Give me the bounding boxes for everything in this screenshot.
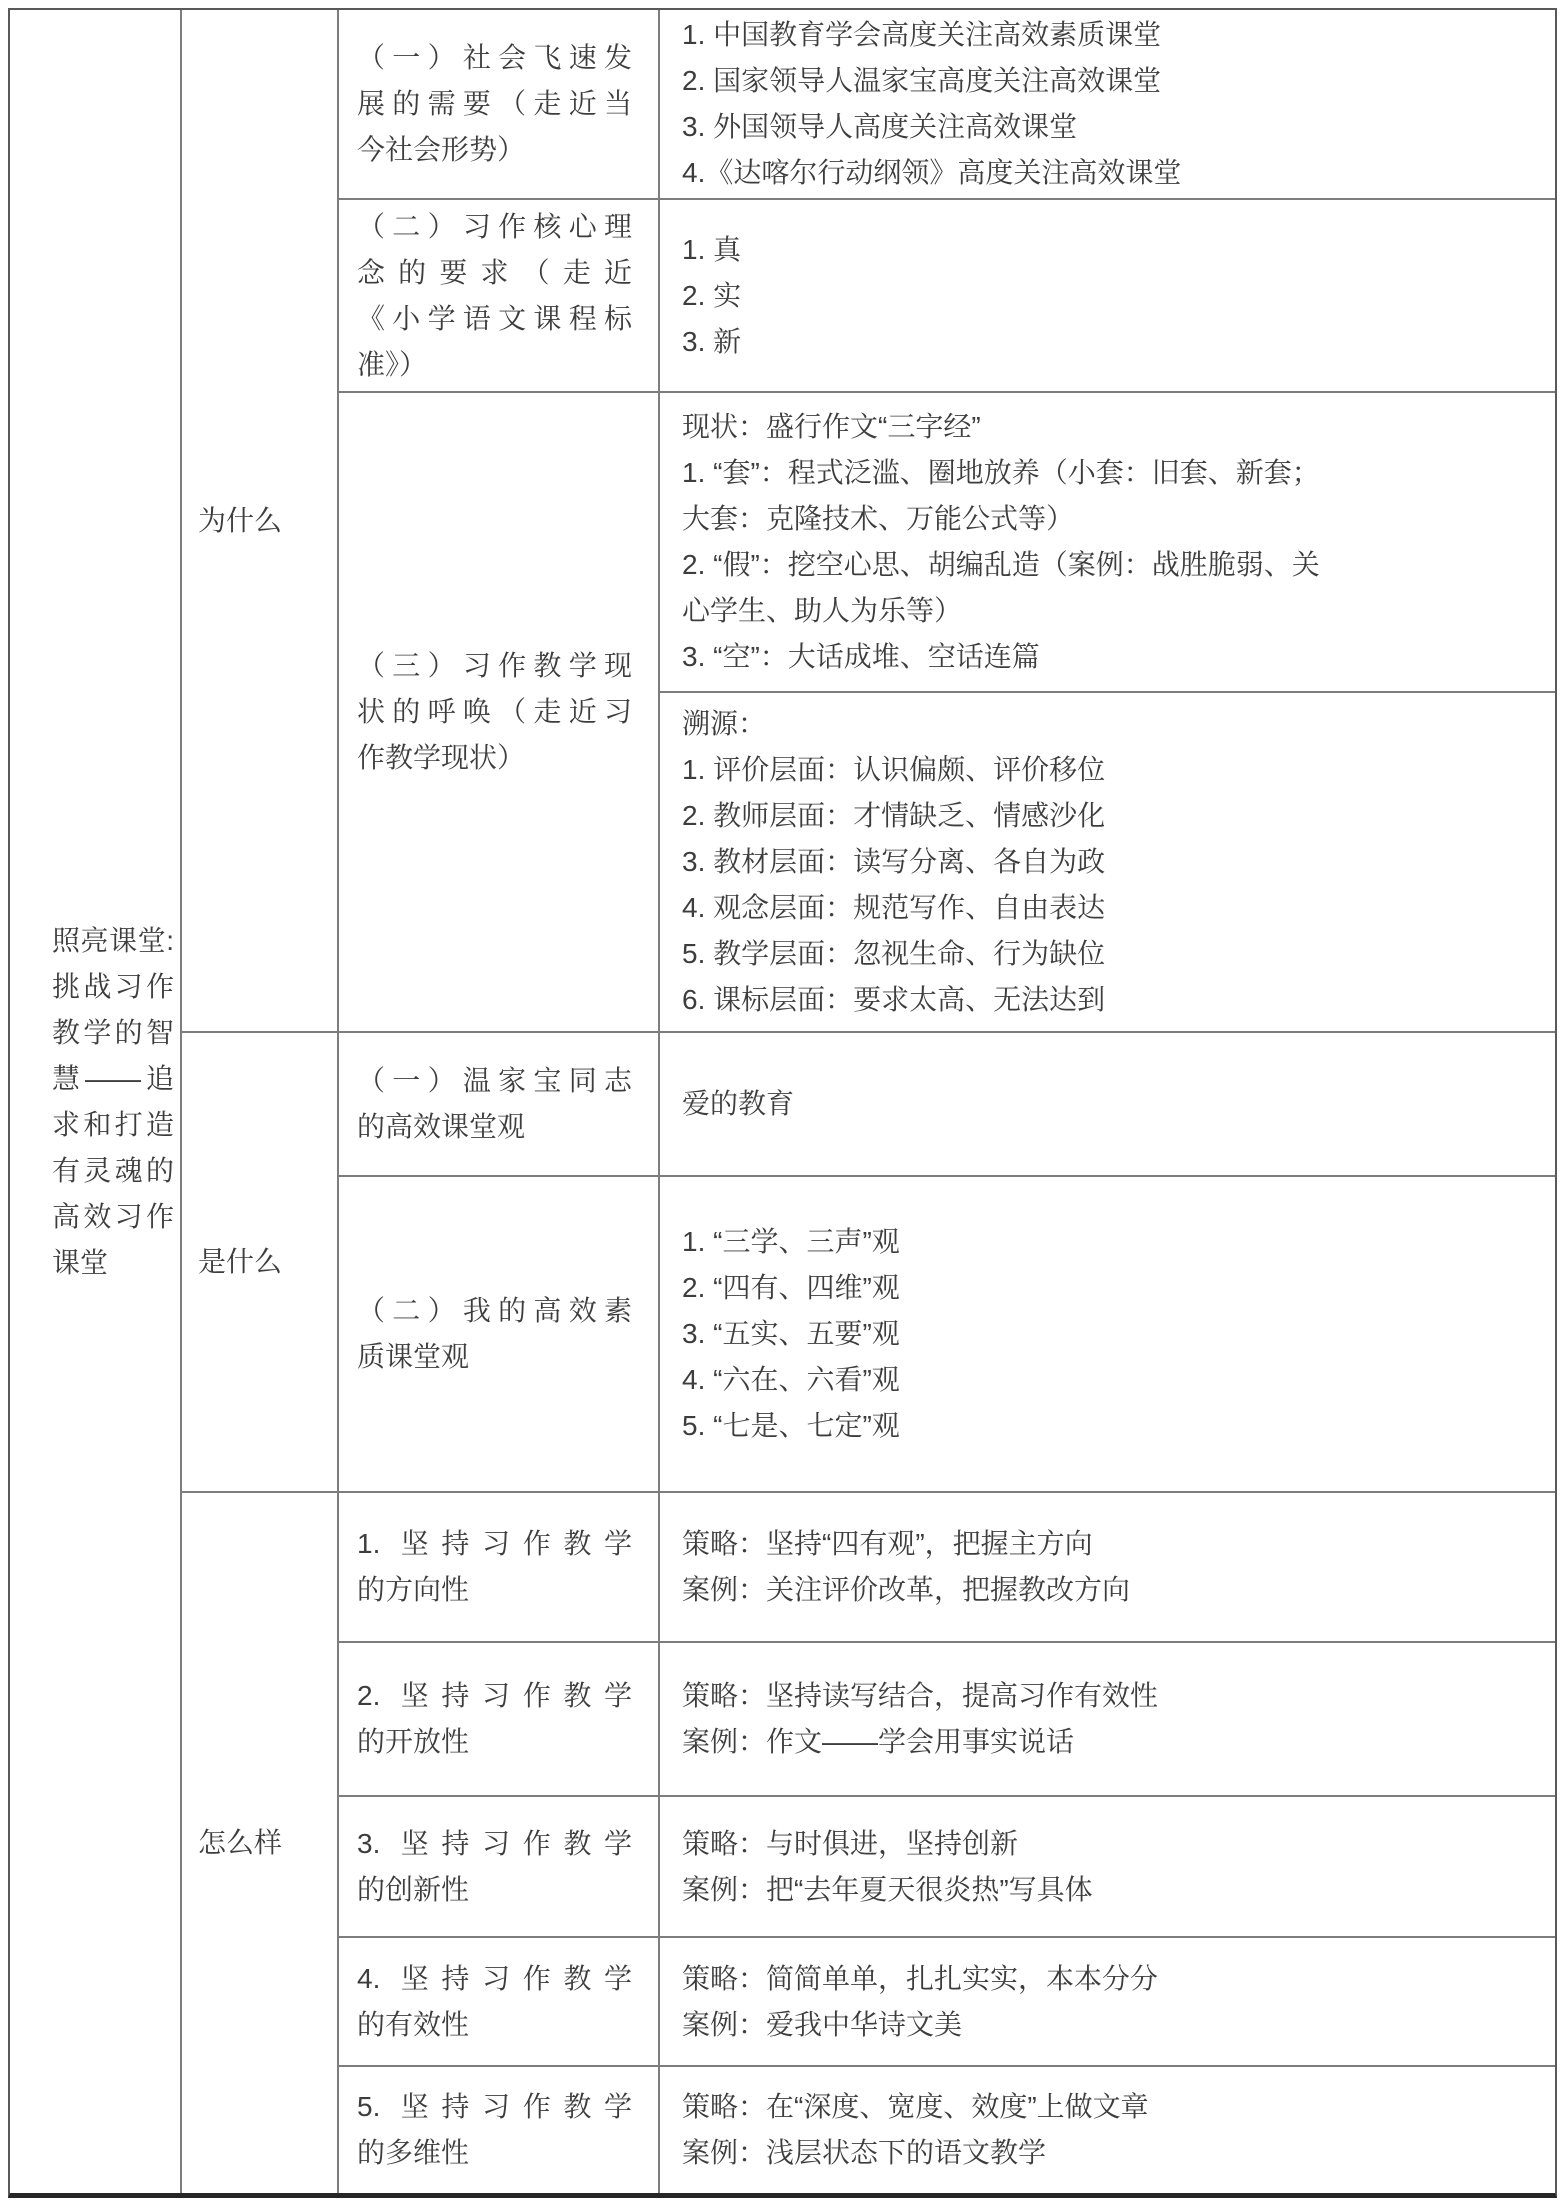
content-cell-status-phenomena: 现状：盛行作文“三字经”1. “套”：程式泛滥、圈地放养（小套：旧套、新套；大套… [660,393,1555,693]
question-cell-how: 怎么样 [182,1493,339,2193]
content-line: 1. 真 [682,227,1529,273]
topic-line: 的高效课堂观 [357,1104,632,1150]
topic-line: （三）习作教学现 [357,643,632,689]
content-cell-society-need: 1. 中国教育学会高度关注高效素质课堂2. 国家领导人温家宝高度关注高效课堂3.… [660,10,1555,200]
topic-line: 作教学现状） [357,735,632,781]
content-cell-status-sources: 溯源：1. 评价层面：认识偏颇、评价移位2. 教师层面：才情缺乏、情感沙化3. … [660,693,1555,1033]
title-line: 挑战习作 [52,964,174,1010]
topic-line: 状的呼唤（走近习 [357,689,632,735]
content-line: 2. 教师层面：才情缺乏、情感沙化 [682,793,1529,839]
topic-line: 4. 坚持习作教学 [357,1956,632,2002]
title-line: 教学的智 [52,1010,174,1056]
content-line: 1. “三学、三声”观 [682,1219,1529,1265]
topic-line: 今社会形势） [357,127,632,173]
content-line: 爱的教育 [682,1081,1529,1127]
content-line: 策略：简简单单，扎扎实实，本本分分 [682,1956,1529,2002]
content-line: 3. “空”：大话成堆、空话连篇 [682,634,1529,680]
topic-line: 《小学语文课程标 [357,296,632,342]
content-line: 2. “四有、四维”观 [682,1265,1529,1311]
content-cell-multidimension: 策略：在“深度、宽度、效度”上做文章案例：浅层状态下的语文教学 [660,2067,1555,2193]
content-line: 案例：浅层状态下的语文教学 [682,2130,1529,2176]
course-outline-table: 照亮课堂:挑战习作教学的智慧——追求和打造有灵魂的高效习作课堂 为什么 是什么 … [8,8,1557,2198]
topic-line: （一）温家宝同志 [357,1058,632,1104]
content-line: 案例：爱我中华诗文美 [682,2002,1529,2048]
topic-line: （二）我的高效素 [357,1288,632,1334]
content-line: 策略：坚持读写结合，提高习作有效性 [682,1673,1529,1719]
topic-cell-innovation: 3. 坚持习作教学的创新性 [339,1797,660,1938]
topic-line: 2. 坚持习作教学 [357,1673,632,1719]
topic-line: （二）习作核心理 [357,204,632,250]
topic-cell-current-status: （三）习作教学现状的呼唤（走近习作教学现状） [339,393,660,1033]
content-cell-openness: 策略：坚持读写结合，提高习作有效性案例：作文——学会用事实说话 [660,1643,1555,1797]
content-cell-wenjiabao-view: 爱的教育 [660,1033,1555,1177]
title-line: 课堂 [52,1240,174,1286]
content-cell-my-view: 1. “三学、三声”观2. “四有、四维”观3. “五实、五要”观4. “六在、… [660,1177,1555,1493]
topic-cell-core-concept: （二）习作核心理念的要求（走近《小学语文课程标准》） [339,200,660,393]
question-cell-why: 为什么 [182,10,339,1033]
title-line: 照亮课堂: [52,918,174,964]
title-line: 有灵魂的 [52,1148,174,1194]
topic-line: 的开放性 [357,1719,632,1765]
content-line: 案例：关注评价改革，把握教改方向 [682,1567,1529,1613]
content-line: 现状：盛行作文“三字经” [682,404,1529,450]
topic-cell-multidimension: 5. 坚持习作教学的多维性 [339,2067,660,2193]
content-line: 心学生、助人为乐等） [682,588,1529,634]
content-line: 6. 课标层面：要求太高、无法达到 [682,977,1529,1023]
topic-line: 1. 坚持习作教学 [357,1521,632,1567]
content-line: 策略：与时俱进，坚持创新 [682,1821,1529,1867]
content-line: 3. 外国领导人高度关注高效课堂 [682,104,1529,150]
topic-cell-openness: 2. 坚持习作教学的开放性 [339,1643,660,1797]
content-line: 策略：在“深度、宽度、效度”上做文章 [682,2084,1529,2130]
title-line: 高效习作 [52,1194,174,1240]
content-line: 4. 观念层面：规范写作、自由表达 [682,885,1529,931]
content-line: 2. 国家领导人温家宝高度关注高效课堂 [682,58,1529,104]
content-line: 2. 实 [682,273,1529,319]
question-label-how: 怎么样 [198,1820,337,1866]
content-cell-core-concept: 1. 真2. 实3. 新 [660,200,1555,393]
topic-line: 3. 坚持习作教学 [357,1821,632,1867]
content-line: 大套：克隆技术、万能公式等） [682,496,1529,542]
content-line: 3. 新 [682,319,1529,365]
content-line: 策略：坚持“四有观”，把握主方向 [682,1521,1529,1567]
topic-line: 准》） [357,342,632,388]
content-cell-effectiveness: 策略：简简单单，扎扎实实，本本分分案例：爱我中华诗文美 [660,1938,1555,2067]
question-label-what: 是什么 [198,1239,337,1285]
topic-cell-society-need: （一）社会飞速发展的需要（走近当今社会形势） [339,10,660,200]
question-cell-what: 是什么 [182,1033,339,1493]
content-line: 5. “七是、七定”观 [682,1403,1529,1449]
topic-cell-wenjiabao-view: （一）温家宝同志的高效课堂观 [339,1033,660,1177]
topic-cell-effectiveness: 4. 坚持习作教学的有效性 [339,1938,660,2067]
table-title-cell: 照亮课堂:挑战习作教学的智慧——追求和打造有灵魂的高效习作课堂 [10,10,182,2193]
title-line: 慧——追 [52,1056,174,1102]
topic-line: 质课堂观 [357,1334,632,1380]
table-title: 照亮课堂:挑战习作教学的智慧——追求和打造有灵魂的高效习作课堂 [52,918,174,1286]
topic-line: 展的需要（走近当 [357,81,632,127]
content-line: 1. 中国教育学会高度关注高效素质课堂 [682,12,1529,58]
content-line: 2. “假”：挖空心思、胡编乱造（案例：战胜脆弱、关 [682,542,1529,588]
topic-line: （一）社会飞速发 [357,35,632,81]
content-line: 1. 评价层面：认识偏颇、评价移位 [682,747,1529,793]
content-line: 3. 教材层面：读写分离、各自为政 [682,839,1529,885]
content-line: 1. “套”：程式泛滥、圈地放养（小套：旧套、新套； [682,450,1529,496]
content-line: 4. “六在、六看”观 [682,1357,1529,1403]
topic-line: 的方向性 [357,1567,632,1613]
topic-line: 5. 坚持习作教学 [357,2084,632,2130]
content-line: 案例：作文——学会用事实说话 [682,1719,1529,1765]
content-line: 溯源： [682,701,1529,747]
content-line: 3. “五实、五要”观 [682,1311,1529,1357]
topic-line: 的有效性 [357,2002,632,2048]
topic-cell-direction: 1. 坚持习作教学的方向性 [339,1493,660,1643]
content-line: 案例：把“去年夏天很炎热”写具体 [682,1867,1529,1913]
topic-cell-my-view: （二）我的高效素质课堂观 [339,1177,660,1493]
content-cell-direction: 策略：坚持“四有观”，把握主方向案例：关注评价改革，把握教改方向 [660,1493,1555,1643]
topic-line: 念的要求（走近 [357,250,632,296]
question-label-why: 为什么 [198,498,337,544]
topic-line: 的多维性 [357,2130,632,2176]
title-line: 求和打造 [52,1102,174,1148]
content-line: 5. 教学层面：忽视生命、行为缺位 [682,931,1529,977]
content-line: 4.《达喀尔行动纲领》高度关注高效课堂 [682,150,1529,196]
topic-line: 的创新性 [357,1867,632,1913]
content-cell-innovation: 策略：与时俱进，坚持创新案例：把“去年夏天很炎热”写具体 [660,1797,1555,1938]
